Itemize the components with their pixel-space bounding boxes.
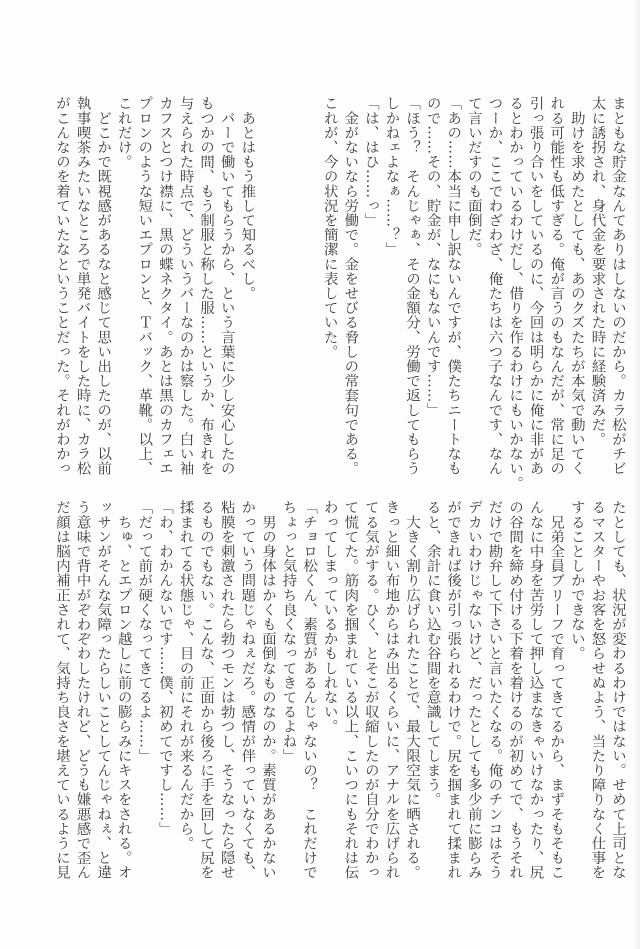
text-line: 「あの……本当に申し訳ないんですが、僕たちニートなも [443,96,464,456]
text-line: 金がないなら労働で。金をせびる脅しの常套句である。 [340,96,361,456]
blank-line [257,96,278,456]
text-line: 引っ張り合いをしているのに、今回は明らかに俺に非があ [525,96,546,456]
text-line: つーか、ここでわざわざ、俺たちは六つ子なんです、なん [484,96,505,456]
text-line: 「わ、わかんないです……僕、初めてですし……」 [154,500,175,860]
text-line: プロンのような短いエプロンと、Ｔバック、革靴。以上、 [134,96,155,456]
text-line: これだけ。 [113,96,134,456]
text-line: しかねェよなぁ……？」 [381,96,402,456]
text-line: てる気がする。ひく、とそこが収縮したのが自分でわかっ [360,500,381,860]
text-line: もつかの間、もう制服と称した服……というか、布きれを [196,96,217,456]
text-line: て言いだすのも面倒だ。 [463,96,484,456]
text-line: 助けを求めたとしても、あのクズたちが本気で動いてく [566,96,587,456]
text-line: るものでもない。こんな、正面から後ろに手を回して尻を [196,500,217,860]
text-line: あとはもう推して知るべし。 [237,96,258,456]
text-line: ちゅ、とエプロン越しに前の膨らみにキスをされる。オ [113,500,134,860]
text-line: たとしても、状況が変わるわけではない。せめて上司とな [607,500,628,860]
page-edge-shadow [634,0,640,949]
text-line: れる可能性も低すぎる。俺が言うのもなんだが、常に足の [546,96,567,456]
text-line: ッサンがそんな気障ったらしいことしてんじゃねぇ、と違 [93,500,114,860]
text-line: 与えられた時点で、どういうバーなのかは察した。白い袖 [175,96,196,456]
text-line: カフスとつけ襟に、黒の蝶ネクタイ。あとは黒のカフェエ [154,96,175,456]
text-line: るマスターやお客を怒らせぬよう、当たり障りなく仕事を [587,500,608,860]
text-line: デカいわけじゃないけど、だったとしても多少前に膨らみ [463,500,484,860]
text-line: まともな貯金なんてありはしないのだから。カラ松がチビ [607,96,628,456]
lower-text-tier: たとしても、状況が変わるわけではない。せめて上司とな るマスターやお客を怒らせぬ… [32,500,628,860]
text-line: 「ほう？ そんじゃぁ、その金額分、労働で返してもらう [401,96,422,456]
text-line: るとわかっているわけだし、借りを作るわけにもいかない。 [504,96,525,456]
text-line: がこんなのを着ていたなということだった。それがわかっ [51,96,72,456]
text-line: 大きく割り広げられたことで、最大限空気に晒される。 [401,500,422,860]
text-line: 「は、はひ……っ」 [360,96,381,456]
text-line: わってしまっているかもしれない。 [319,500,340,860]
text-line: 揉まれてる状態じゃ、目の前にそれが来るんだから。 [175,500,196,860]
text-line: することしかできない。 [566,500,587,860]
text-line: ので……その、貯金が、なにもないんです……」 [422,96,443,456]
text-line: んなに中身を苦労して押し込まなきゃいけなかったり、尻 [525,500,546,860]
text-line: 兄弟全員ブリーフで育ってきてるから、まずそもそもこ [546,500,567,860]
blank-line [299,96,320,456]
text-line: う意味で背中がぞわぞわしたけれど、どうも嫌悪感で歪ん [72,500,93,860]
text-line: だけで勘弁して下さいと言いたくなる。俺のチンコはそう [484,500,505,860]
text-line: ちょっと気持ち良くなってきてるよね」 [278,500,299,860]
text-line: 男の身体はかくも面倒なものなのか。素質があるかない [257,500,278,860]
text-line: かっていう問題じゃねぇだろ。感情が伴っていなくても、 [237,500,258,860]
upper-text-tier: まともな貯金なんてありはしないのだから。カラ松がチビ 太に誘拐され、身代金を要求… [32,96,628,456]
blank-line [278,96,299,456]
text-line: 太に誘拐され、身代金を要求された時に経験済みだ。 [587,96,608,456]
text-line: どこかで既視感があるなと感じて思い出したのが、以前 [93,96,114,456]
text-line: ると、余計に食い込む谷間を意識してしまう。 [422,500,443,860]
text-line: バーで働いてもらうから、という言葉に少し安心したの [216,96,237,456]
text-line: きっと細い布地からはみ出るくらいに、アナルを広げられ [381,500,402,860]
text-line: 粘膜を刺激されたら勃つモンは勃つし、そうなったら隠せ [216,500,237,860]
text-line: だ顔は脳内補正されて、気持ち良さを堪えているように見 [51,500,72,860]
text-line: 「だって前が硬くなってきてるよ……」 [134,500,155,860]
text-line: 「チョロ松くん、素質があるんじゃないの？ これだけで [299,500,320,860]
text-line: て慌てた。筋肉を掴まれている以上、こいつにもそれは伝 [340,500,361,860]
text-line: ができれば後が引っ張られるわけで。尻を掴まれて揉まれ [443,500,464,860]
text-line: の谷間を締め付ける下着を着けるのが初めてで、もうそれ [504,500,525,860]
text-line: これが、今の状況を簡潔に表していた。 [319,96,340,456]
text-line: 執事喫茶みたいなところで単発バイトをした時に、カラ松 [72,96,93,456]
